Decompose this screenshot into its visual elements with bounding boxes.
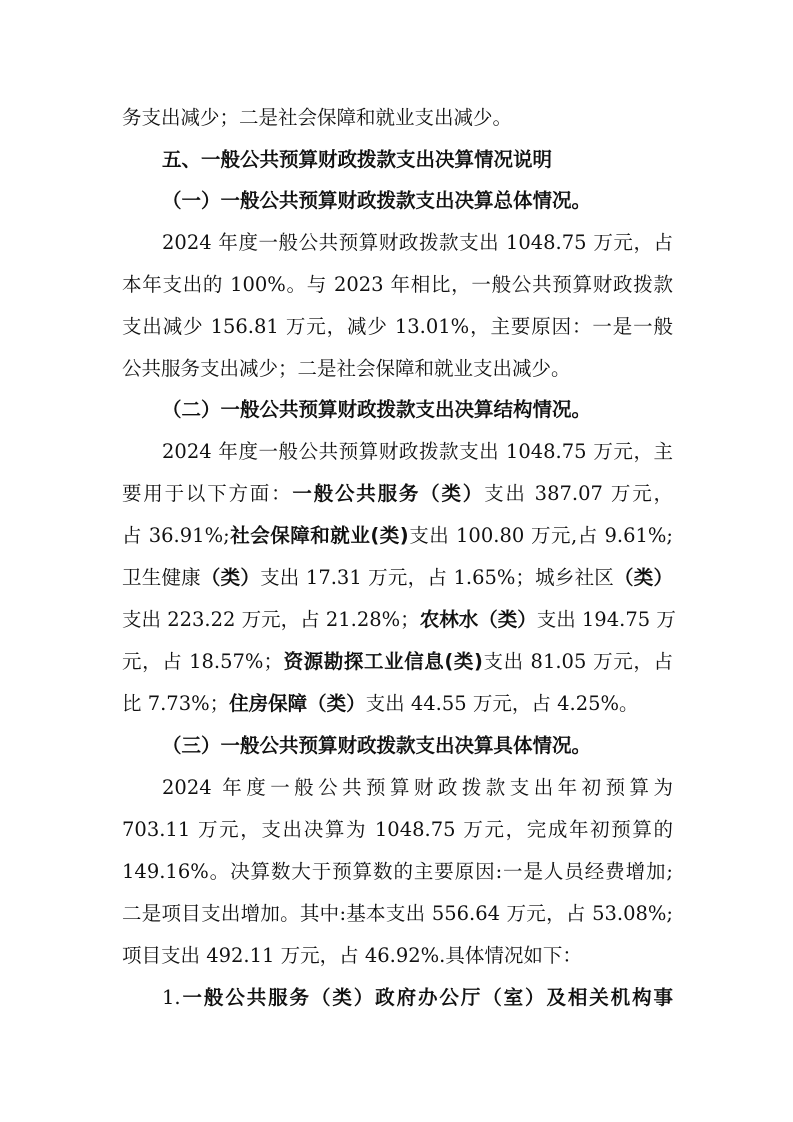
text-segment: 占 36.91%; bbox=[122, 524, 230, 547]
bold-text: 农林水（类） bbox=[420, 608, 537, 631]
text-segment: 本年支出的 100%。与 2023 年相比，一般公共预算财政拨款 bbox=[122, 273, 673, 296]
text-segment: 149.16%。决算数大于预算数的主要原因:一是人员经费增加; bbox=[122, 860, 673, 883]
text-segment: 支出 100.80 万元,占 9.61%; bbox=[409, 524, 673, 547]
text-segment: 支出 194.75 万 bbox=[537, 608, 676, 631]
text-segment: 2024 年度一般公共预算财政拨款支出 1048.75 万元，占 bbox=[162, 231, 673, 254]
text-line: 支出 223.22 万元，占 21.28%；农林水（类）支出 194.75 万 bbox=[122, 605, 673, 635]
bold-text: 一般公共服务（类）政府办公厅（室）及相关机构事 bbox=[181, 986, 673, 1009]
bold-text: 住房保障（类） bbox=[229, 692, 366, 715]
section-heading: （一）一般公共预算财政拨款支出决算总体情况。 bbox=[162, 186, 673, 216]
text-segment: 元，占 18.57%； bbox=[122, 650, 283, 673]
text-segment: 703.11 万元，支出决算为 1048.75 万元，完成年初预算的 bbox=[122, 818, 673, 841]
section-heading: （二）一般公共预算财政拨款支出决算结构情况。 bbox=[162, 395, 673, 425]
text-segment: （三）一般公共预算财政拨款支出决算具体情况。 bbox=[162, 734, 591, 757]
text-line: 703.11 万元，支出决算为 1048.75 万元，完成年初预算的 bbox=[122, 815, 673, 845]
text-line: 本年支出的 100%。与 2023 年相比，一般公共预算财政拨款 bbox=[122, 270, 673, 300]
text-segment: 务支出减少；二是社会保障和就业支出减少。 bbox=[122, 106, 512, 129]
text-segment: 2024 年度一般公共预算财政拨款支出年初预算为 bbox=[162, 776, 673, 799]
document-page: 务支出减少；二是社会保障和就业支出减少。五、一般公共预算财政拨款支出决算情况说明… bbox=[0, 0, 793, 1122]
text-segment: 公共服务支出减少；二是社会保障和就业支出减少。 bbox=[122, 357, 571, 380]
text-line: 2024 年度一般公共预算财政拨款支出 1048.75 万元，主 bbox=[162, 437, 673, 467]
text-line: 比 7.73%；住房保障（类）支出 44.55 万元，占 4.25%。 bbox=[122, 689, 673, 719]
text-line: 要用于以下方面：一般公共服务（类）支出 387.07 万元， bbox=[122, 479, 673, 509]
section-heading: 五、一般公共预算财政拨款支出决算情况说明 bbox=[162, 145, 673, 175]
bold-text: （类） bbox=[201, 566, 260, 589]
section-heading: （三）一般公共预算财政拨款支出决算具体情况。 bbox=[162, 731, 673, 761]
text-segment: 1. bbox=[162, 986, 181, 1009]
text-line: 项目支出 492.11 万元，占 46.92%.具体情况如下： bbox=[122, 941, 673, 971]
text-segment: 支出 44.55 万元，占 4.25%。 bbox=[366, 692, 639, 715]
text-segment: 支出 387.07 万元， bbox=[484, 482, 673, 505]
text-line: 2024 年度一般公共预算财政拨款支出年初预算为 bbox=[162, 773, 673, 803]
text-segment: （一）一般公共预算财政拨款支出决算总体情况。 bbox=[162, 189, 591, 212]
text-segment: 支出减少 156.81 万元，减少 13.01%，主要原因：一是一般 bbox=[122, 315, 673, 338]
text-line: 二是项目支出增加。其中:基本支出 556.64 万元，占 53.08%; bbox=[122, 899, 673, 929]
text-segment: 要用于以下方面： bbox=[122, 482, 292, 505]
text-segment: 2024 年度一般公共预算财政拨款支出 1048.75 万元，主 bbox=[162, 440, 673, 463]
text-segment: （二）一般公共预算财政拨款支出决算结构情况。 bbox=[162, 398, 591, 421]
text-line: 149.16%。决算数大于预算数的主要原因:一是人员经费增加; bbox=[122, 857, 673, 887]
bold-text: （类） bbox=[614, 566, 673, 589]
text-segment: 支出 81.05 万元，占 bbox=[483, 650, 673, 673]
bold-text: 资源勘探工业信息(类) bbox=[283, 650, 483, 673]
text-line: 1.一般公共服务（类）政府办公厅（室）及相关机构事 bbox=[162, 983, 673, 1013]
text-segment: 卫生健康 bbox=[122, 566, 201, 589]
text-line: 卫生健康（类）支出 17.31 万元，占 1.65%；城乡社区（类） bbox=[122, 563, 673, 593]
text-line: 支出减少 156.81 万元，减少 13.01%，主要原因：一是一般 bbox=[122, 312, 673, 342]
text-segment: 项目支出 492.11 万元，占 46.92%.具体情况如下： bbox=[122, 944, 582, 967]
bold-text: 一般公共服务（类） bbox=[292, 482, 484, 505]
text-segment: 支出 223.22 万元，占 21.28%； bbox=[122, 608, 420, 631]
text-line: 务支出减少；二是社会保障和就业支出减少。 bbox=[122, 103, 673, 133]
text-line: 2024 年度一般公共预算财政拨款支出 1048.75 万元，占 bbox=[162, 228, 673, 258]
text-line: 元，占 18.57%；资源勘探工业信息(类)支出 81.05 万元，占 bbox=[122, 647, 673, 677]
text-segment: 五、一般公共预算财政拨款支出决算情况说明 bbox=[162, 148, 552, 171]
text-segment: 支出 17.31 万元，占 1.65%；城乡社区 bbox=[260, 566, 614, 589]
text-segment: 比 7.73%； bbox=[122, 692, 229, 715]
text-segment: 二是项目支出增加。其中:基本支出 556.64 万元，占 53.08%; bbox=[122, 902, 673, 925]
text-line: 公共服务支出减少；二是社会保障和就业支出减少。 bbox=[122, 354, 673, 384]
bold-text: 社会保障和就业(类) bbox=[230, 524, 409, 547]
text-line: 占 36.91%;社会保障和就业(类)支出 100.80 万元,占 9.61%; bbox=[122, 521, 673, 551]
